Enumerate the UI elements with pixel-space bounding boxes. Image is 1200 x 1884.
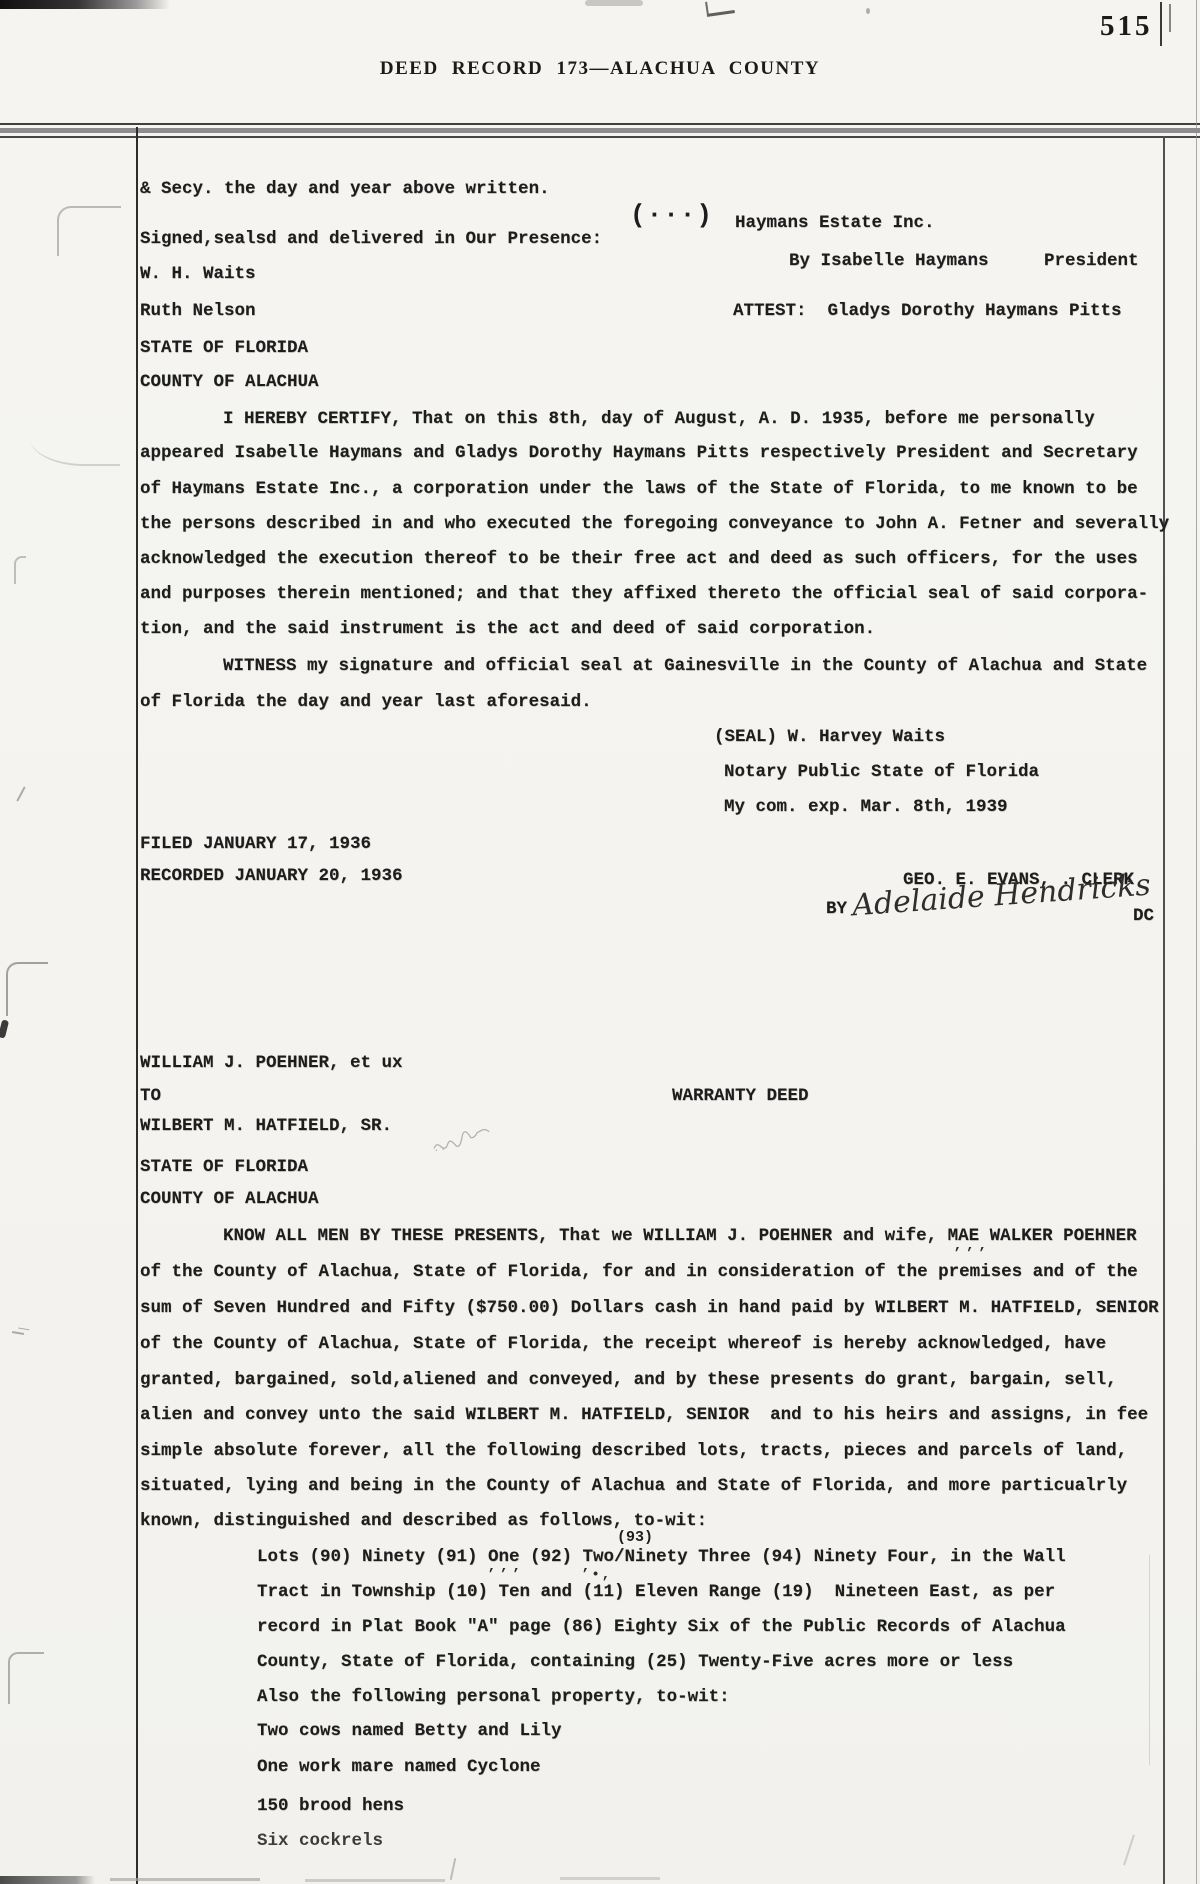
record1-officer-title: President <box>1044 250 1139 272</box>
legal-description-line-3: record in Plat Book "A" page (86) Eighty… <box>257 1616 1066 1638</box>
record2-to-label: TO <box>140 1085 161 1107</box>
ink-scribble <box>429 1124 509 1154</box>
page-number: 515 <box>1100 10 1153 43</box>
record1-by-officer: By Isabelle Haymans <box>789 250 989 272</box>
deed-body-line-4: of the County of Alachua, State of Flori… <box>140 1333 1106 1355</box>
legal-description-line-2: Tract in Township (10) Ten and (11) Elev… <box>257 1581 1055 1603</box>
witness-para-line-2: of Florida the day and year last aforesa… <box>140 691 592 713</box>
record2-grantee: WILBERT M. HATFIELD, SR. <box>140 1115 392 1137</box>
certify-line-1: I HEREBY CERTIFY, That on this 8th, day … <box>223 408 1095 430</box>
filed-date-line: FILED JANUARY 17, 1936 <box>140 833 371 855</box>
deed-record-page: 515 DEED RECORD 173—ALACHUA COUNTY & Sec… <box>0 0 1200 1884</box>
scan-dash-bottom-2 <box>305 1879 445 1882</box>
header-rule-thin-1 <box>0 123 1200 125</box>
certify-line-5: acknowledged the execution thereof to be… <box>140 548 1138 570</box>
record1-county-caption: COUNTY OF ALACHUA <box>140 371 319 393</box>
deed-body-line-7: simple absolute forever, all the followi… <box>140 1440 1127 1462</box>
scan-mark-left-1 <box>14 556 26 584</box>
scan-arc-1 <box>30 438 120 466</box>
legal-description-line-4: County, State of Florida, containing (25… <box>257 1651 1013 1673</box>
notary-seal-mark: (···) <box>630 200 713 230</box>
deed-body-line-8: situated, lying and being in the County … <box>140 1475 1127 1497</box>
record1-attest-line: ATTEST: Gladys Dorothy Haymans Pitts <box>733 300 1122 322</box>
interlineation-93: (93) <box>617 1529 653 1546</box>
notary-seal-line: (SEAL) W. Harvey Waits <box>714 726 945 748</box>
margin-rule-right <box>1163 136 1165 1884</box>
scan-slash-right-faint <box>1123 1834 1135 1865</box>
header-rule-thick <box>0 128 1200 133</box>
certify-line-6: and purposes therein mentioned; and that… <box>140 583 1148 605</box>
record1-witness2: Ruth Nelson <box>140 300 256 322</box>
certify-line-4: the persons described in and who execute… <box>140 513 1169 535</box>
legal-description-line-5: Also the following personal property, to… <box>257 1686 730 1708</box>
notary-commission-line: My com. exp. Mar. 8th, 1939 <box>724 796 1008 818</box>
record1-signed-line: Signed,sealsd and delivered in Our Prese… <box>140 228 602 250</box>
record1-state-caption: STATE OF FLORIDA <box>140 337 308 359</box>
record2-grantor: WILLIAM J. POEHNER, et ux <box>140 1052 403 1074</box>
legal-description-line-9: Six cockrels <box>257 1830 383 1852</box>
legal-description-line-7: One work mare named Cyclone <box>257 1756 541 1778</box>
record2-county-caption: COUNTY OF ALACHUA <box>140 1188 319 1210</box>
certify-line-3: of Haymans Estate Inc., a corporation un… <box>140 478 1138 500</box>
page-header: DEED RECORD 173—ALACHUA COUNTY <box>380 58 820 80</box>
deputy-by-label: BY <box>826 898 847 920</box>
deputy-suffix: DC <box>1133 905 1154 927</box>
scan-dash-bottom-3 <box>560 1877 660 1880</box>
scan-slash-left <box>16 786 25 801</box>
scan-dot-top <box>866 8 870 14</box>
scan-dash-bottom-1 <box>110 1878 260 1881</box>
scan-bracket-2 <box>6 962 48 1016</box>
scan-cross-left <box>12 1331 24 1335</box>
record2-state-caption: STATE OF FLORIDA <box>140 1156 308 1178</box>
recorded-date-line: RECORDED JANUARY 20, 1936 <box>140 865 403 887</box>
scan-tick-bottom <box>450 1858 457 1880</box>
scan-smudge-top-mid <box>585 0 643 6</box>
scan-bracket-1 <box>57 206 121 256</box>
scan-line-right-faint <box>1149 1555 1150 1765</box>
deed-body-line-3: sum of Seven Hundred and Fifty ($750.00)… <box>140 1297 1159 1319</box>
scan-tick-top-right-2 <box>1169 4 1171 32</box>
scan-mark-top <box>705 0 735 17</box>
witness-para-line-1: WITNESS my signature and official seal a… <box>223 655 1147 677</box>
record1-company-name: Haymans Estate Inc. <box>735 212 935 234</box>
legal-description-line-6: Two cows named Betty and Lily <box>257 1720 562 1742</box>
legal-description-line-8: 150 brood hens <box>257 1795 404 1817</box>
deed-body-line-2: of the County of Alachua, State of Flori… <box>140 1261 1138 1283</box>
scan-tick-top-right-1 <box>1160 2 1162 46</box>
scan-bracket-3 <box>8 1652 44 1704</box>
margin-rule-left <box>136 127 138 1884</box>
header-rule-thin-2 <box>0 136 1200 138</box>
deed-body-line-5: granted, bargained, sold,aliened and con… <box>140 1369 1117 1391</box>
record1-secy-line: & Secy. the day and year above written. <box>140 178 550 200</box>
scan-smudge-top-left <box>0 0 170 9</box>
deed-body-line-1: KNOW ALL MEN BY THESE PRESENTS, That we … <box>223 1225 1137 1247</box>
overstrike-marks-mae: ’’’ <box>953 1246 990 1262</box>
certify-line-7: tion, and the said instrument is the act… <box>140 618 875 640</box>
notary-title-line: Notary Public State of Florida <box>724 761 1039 783</box>
page-edge-line-right <box>1196 0 1197 1884</box>
deed-body-line-6: alien and convey unto the said WILBERT M… <box>140 1404 1148 1426</box>
record2-instrument-title: WARRANTY DEED <box>672 1085 809 1107</box>
certify-line-2: appeared Isabelle Haymans and Gladys Dor… <box>140 442 1138 464</box>
scan-blot-left <box>0 1019 9 1038</box>
legal-description-line-1: Lots (90) Ninety (91) One (92) Two/Ninet… <box>257 1546 1066 1568</box>
record1-witness1: W. H. Waits <box>140 263 256 285</box>
scan-smudge-bottom-left <box>0 1876 95 1884</box>
